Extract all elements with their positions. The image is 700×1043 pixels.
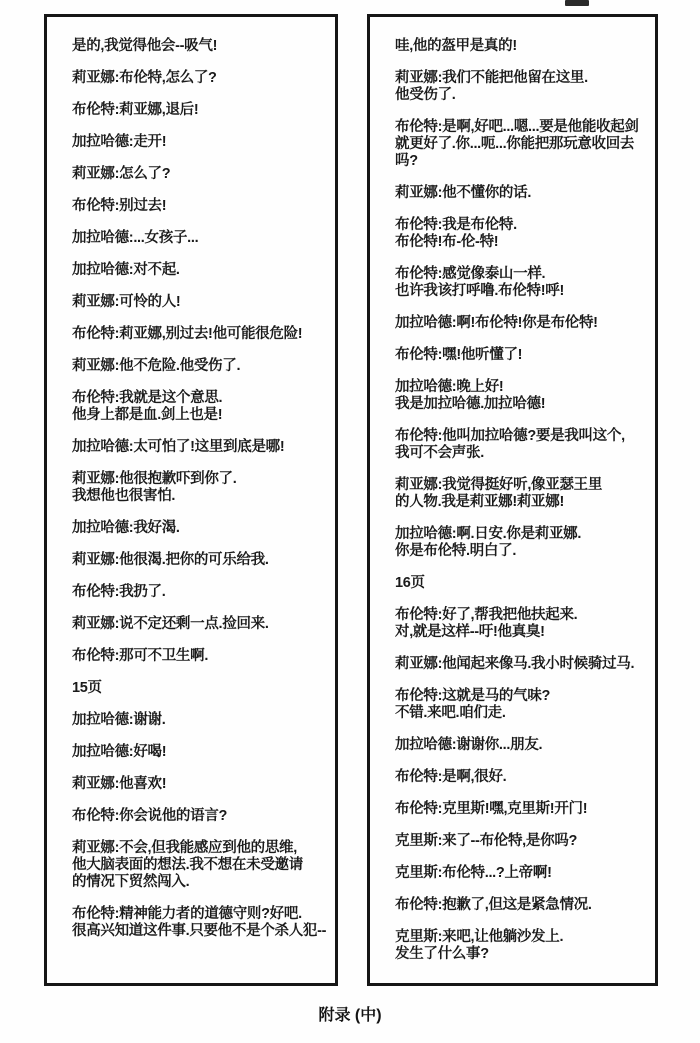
dialogue-line: 布伦特:嘿!他听懂了! (395, 347, 647, 364)
dialogue-line: 布伦特:莉亚娜,别过去!他可能很危险! (72, 326, 327, 343)
dialogue-line: 加拉哈德:我好渴. (72, 520, 327, 537)
dialogue-line: 莉亚娜:他很渴.把你的可乐给我. (72, 552, 327, 569)
dialogue-line: 莉亚娜:他不危险.他受伤了. (72, 358, 327, 375)
dialogue-line: 布伦特:是啊,很好. (395, 769, 647, 786)
dialogue-line: 布伦特:感觉像泰山一样. 也许我该打呼噜.布伦特!呼! (395, 266, 647, 300)
dialogue-line: 加拉哈德:太可怕了!这里到底是哪! (72, 439, 327, 456)
dialogue-line: 克里斯:来了--布伦特,是你吗? (395, 833, 647, 850)
dialogue-line: 加拉哈德:好喝! (72, 744, 327, 761)
page-marker: 16页 (395, 575, 647, 592)
dialogue-line: 布伦特:莉亚娜,退后! (72, 102, 327, 119)
dialogue-line: 莉亚娜:怎么了? (72, 166, 327, 183)
right-text-panel: 哇,他的盔甲是真的!莉亚娜:我们不能把他留在这里. 他受伤了.布伦特:是啊,好吧… (367, 14, 658, 986)
dialogue-line: 莉亚娜:我觉得挺好听,像亚瑟王里 的人物.我是莉亚娜!莉亚娜! (395, 477, 647, 511)
dialogue-line: 布伦特:克里斯!嘿,克里斯!开门! (395, 801, 647, 818)
dialogue-line: 布伦特:这就是马的气味? 不错.来吧.咱们走. (395, 688, 647, 722)
dialogue-line: 布伦特:精神能力者的道德守则?好吧. 很高兴知道这件事.只要他不是个杀人犯-- (72, 906, 327, 940)
dialogue-line: 莉亚娜:他喜欢! (72, 776, 327, 793)
dialogue-line: 布伦特:我是布伦特. 布伦特!布-伦-特! (395, 217, 647, 251)
dialogue-line: 加拉哈德:啊.日安.你是莉亚娜. 你是布伦特.明白了. (395, 526, 647, 560)
dialogue-line: 克里斯:来吧,让他躺沙发上. 发生了什么事? (395, 929, 647, 963)
dialogue-line: 哇,他的盔甲是真的! (395, 38, 647, 55)
left-dialogue-column: 是的,我觉得他会--吸气!莉亚娜:布伦特,怎么了?布伦特:莉亚娜,退后!加拉哈德… (72, 38, 327, 940)
dialogue-line: 加拉哈德:...女孩子... (72, 230, 327, 247)
scan-artifact-mark (565, 0, 589, 6)
dialogue-line: 布伦特:是啊,好吧...嗯...要是他能收起剑 就更好了.你...呃...你能把… (395, 119, 647, 170)
appendix-caption: 附录 (中) (0, 1002, 700, 1025)
dialogue-line: 布伦特:那可不卫生啊. (72, 648, 327, 665)
dialogue-line: 是的,我觉得他会--吸气! (72, 38, 327, 55)
dialogue-line: 布伦特:你会说他的语言? (72, 808, 327, 825)
dialogue-line: 加拉哈德:啊!布伦特!你是布伦特! (395, 315, 647, 332)
dialogue-line: 莉亚娜:可怜的人! (72, 294, 327, 311)
dialogue-line: 布伦特:别过去! (72, 198, 327, 215)
dialogue-line: 布伦特:好了,帮我把他扶起来. 对,就是这样--吁!他真臭! (395, 607, 647, 641)
left-text-panel: 是的,我觉得他会--吸气!莉亚娜:布伦特,怎么了?布伦特:莉亚娜,退后!加拉哈德… (44, 14, 338, 986)
page-marker: 15页 (72, 680, 327, 697)
dialogue-line: 加拉哈德:对不起. (72, 262, 327, 279)
dialogue-line: 布伦特:我就是这个意思. 他身上都是血.剑上也是! (72, 390, 327, 424)
dialogue-line: 莉亚娜:布伦特,怎么了? (72, 70, 327, 87)
dialogue-line: 加拉哈德:晚上好! 我是加拉哈德.加拉哈德! (395, 379, 647, 413)
dialogue-line: 加拉哈德:谢谢你...朋友. (395, 737, 647, 754)
right-dialogue-column: 哇,他的盔甲是真的!莉亚娜:我们不能把他留在这里. 他受伤了.布伦特:是啊,好吧… (395, 38, 647, 963)
dialogue-line: 莉亚娜:他不懂你的话. (395, 185, 647, 202)
dialogue-line: 莉亚娜:他很抱歉吓到你了. 我想他也很害怕. (72, 471, 327, 505)
dialogue-line: 克里斯:布伦特...?上帝啊! (395, 865, 647, 882)
dialogue-line: 加拉哈德:走开! (72, 134, 327, 151)
dialogue-line: 莉亚娜:说不定还剩一点.捡回来. (72, 616, 327, 633)
document-page: 是的,我觉得他会--吸气!莉亚娜:布伦特,怎么了?布伦特:莉亚娜,退后!加拉哈德… (0, 0, 700, 1043)
dialogue-line: 莉亚娜:不会,但我能感应到他的思维, 他大脑表面的想法.我不想在未受邀请 的情况… (72, 840, 327, 891)
dialogue-line: 布伦特:我扔了. (72, 584, 327, 601)
dialogue-line: 莉亚娜:他闻起来像马.我小时候骑过马. (395, 656, 647, 673)
dialogue-line: 布伦特:抱歉了,但这是紧急情况. (395, 897, 647, 914)
dialogue-line: 莉亚娜:我们不能把他留在这里. 他受伤了. (395, 70, 647, 104)
dialogue-line: 加拉哈德:谢谢. (72, 712, 327, 729)
dialogue-line: 布伦特:他叫加拉哈德?要是我叫这个, 我可不会声张. (395, 428, 647, 462)
